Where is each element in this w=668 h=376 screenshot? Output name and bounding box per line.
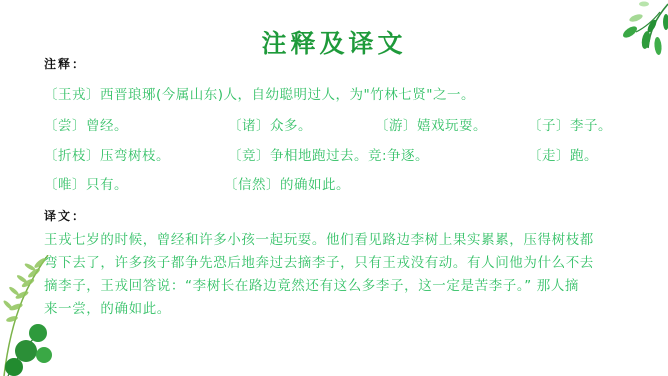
note-item: 〔游〕嬉戏玩耍。 xyxy=(375,118,487,134)
translation-line: 摘李子，王戎回答说：“李树长在路边竟然还有这么多李子，这一定是苦李子。” 那人摘 xyxy=(44,275,638,298)
note-item: 〔竞〕争相地跑过去。竞:争逐。 xyxy=(228,148,429,164)
note-item: 〔诸〕众多。 xyxy=(228,118,312,134)
note-item: 〔王戎〕西晋琅琊(今属山东)人，自幼聪明过人，为"竹林七贤"之一。 xyxy=(44,87,475,103)
translation-line: 弯下去了，许多孩子都争先恐后地奔过去摘李子，只有王戎没有动。有人问他为什么不去 xyxy=(44,252,638,275)
translation-line: 王戎七岁的时候，曾经和许多小孩一起玩耍。他们看见路边李树上果实累累，压得树枝都 xyxy=(44,229,638,252)
translation-line: 来一尝，的确如此。 xyxy=(44,298,638,321)
slide: 注释及译文 注释： 〔王戎〕西晋琅琊(今属山东)人，自幼聪明过人，为"竹林七贤"… xyxy=(0,0,668,376)
note-item: 〔子〕李子。 xyxy=(528,118,612,134)
slide-title: 注释及译文 xyxy=(0,24,668,60)
note-item: 〔尝〕曾经。 xyxy=(44,118,128,134)
notes-label: 注释： xyxy=(44,55,86,72)
note-item: 〔走〕跑。 xyxy=(528,148,598,164)
note-item: 〔唯〕只有。 xyxy=(44,177,128,193)
note-item: 〔折枝〕压弯树枝。 xyxy=(44,148,170,164)
note-item: 〔信然〕的确如此。 xyxy=(224,177,350,193)
translation-label: 译文： xyxy=(44,207,86,224)
translation-paragraph: 王戎七岁的时候，曾经和许多小孩一起玩耍。他们看见路边李树上果实累累，压得树枝都 … xyxy=(44,229,638,321)
